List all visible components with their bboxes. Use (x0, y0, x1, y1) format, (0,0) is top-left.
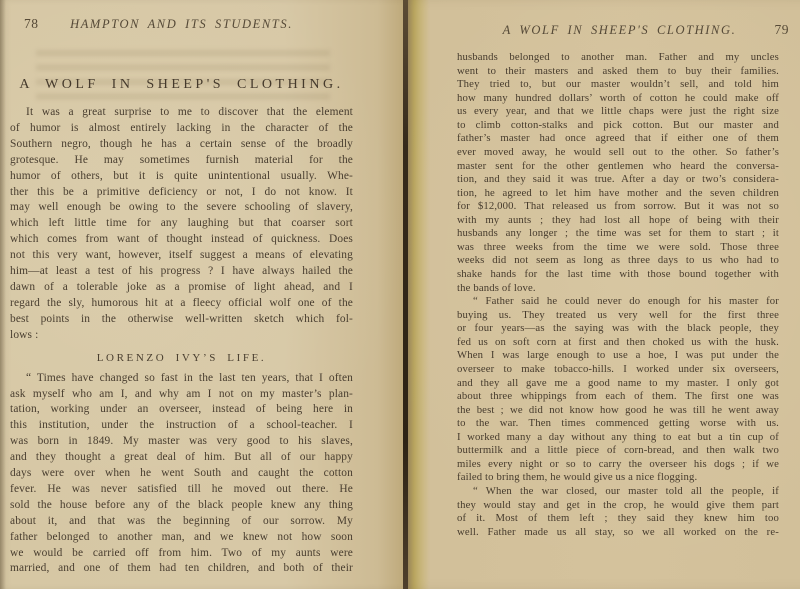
text-line: tation, working under an overseer, inste… (10, 402, 353, 418)
text-line: “ When the war closed, our master told a… (457, 485, 779, 499)
text-line: not this very want, however, itself sugg… (10, 248, 353, 264)
text-line: “ Father said he could never do enough f… (457, 295, 779, 309)
text-line: went to their masters and asked them to … (457, 65, 779, 79)
text-line: to the war. Then times commenced getting… (457, 417, 779, 431)
text-line: was three weeks from the time we were so… (457, 241, 779, 255)
book-gutter (403, 0, 408, 589)
text-line: fever. He was never satisfied till he mo… (10, 482, 353, 498)
text-line: shake hands for the last time with those… (457, 268, 779, 282)
page-left: 78 HAMPTON AND ITS STUDENTS. A WOLF IN S… (0, 0, 406, 589)
text-line: the best ; we did not know how good he w… (457, 404, 779, 418)
running-head-right: A WOLF IN SHEEP'S CLOTHING. (457, 23, 782, 38)
book-spread: 78 HAMPTON AND ITS STUDENTS. A WOLF IN S… (0, 0, 800, 589)
text-line: I worked many a day without any thing to… (457, 431, 779, 445)
section-heading: LORENZO IVY’S LIFE. (10, 352, 353, 364)
text-line: well. Father made us all stay, so we all… (457, 526, 779, 540)
text-line: about three whippings from each of them.… (457, 390, 779, 404)
text-line: him—at least a test of his progress ? I … (10, 264, 353, 280)
text-line: It was a great surprise to me to discove… (10, 105, 353, 121)
text-line: tion, he agreed to let him have mother a… (457, 187, 779, 201)
text-line: may well enough be owing to the severe s… (10, 200, 353, 216)
text-line: ever moved away, he would sell out to th… (457, 146, 779, 160)
text-line: ask myself who am I, and why am I not on… (10, 387, 353, 403)
chapter-title: A WOLF IN SHEEP'S CLOTHING. (10, 77, 353, 93)
running-head-left: HAMPTON AND ITS STUDENTS. (10, 17, 353, 32)
text-line: husbands any longer ; the time was set f… (457, 227, 779, 241)
text-line: how many hundred dollars’ worth of cotto… (457, 92, 779, 106)
text-line: to climb cotton-stalks and pick cotton. … (457, 119, 779, 133)
text-line: married, and one of them had ten childre… (10, 561, 353, 577)
text-line: humor of others, but it is quite uninten… (10, 169, 353, 185)
text-line: dawn of a tolerable joke as a promise of… (10, 280, 353, 296)
text-line: tion, and they said it was true. After a… (457, 173, 779, 187)
show-through-text (36, 50, 330, 102)
text-line: the bands of love. (457, 282, 779, 296)
paragraph: It was a great surprise to me to discove… (10, 105, 353, 344)
paragraph: “ Father said he could never do enough f… (457, 295, 779, 485)
page-right: A WOLF IN SHEEP'S CLOTHING. 79 husbands … (406, 0, 800, 589)
text-line: master sent for the other gentlemen who … (457, 160, 779, 174)
text-line: and they all gave me a good name to my m… (457, 377, 779, 391)
text-line: overseer to make tobacco-hills. I worked… (457, 363, 779, 377)
text-line: which left little time for any laughing … (10, 216, 353, 232)
page-number-right: 79 (775, 22, 790, 38)
text-line: this institution, under the instruction … (10, 418, 353, 434)
text-line: which comes from want of thought instead… (10, 232, 353, 248)
text-line: miles every night or so to carry the ove… (457, 458, 779, 472)
text-line: Southern negro, though he has a certain … (10, 137, 353, 153)
text-line: When I was large enough to use a hoe, I … (457, 349, 779, 363)
text-line: lows : (10, 328, 353, 344)
paragraph: “ When the war closed, our master told a… (457, 485, 779, 539)
text-line: we would be carried off from him. Two of… (10, 546, 353, 562)
paragraph: “ Times have changed so fast in the last… (10, 371, 353, 578)
text-line: they would stay and get in the crop, he … (457, 499, 779, 513)
text-line: for $12,000. That released us from sorro… (457, 200, 779, 214)
text-line: of it. Most of them left ; they said the… (457, 512, 779, 526)
text-line: buying us. They treated us very well for… (457, 309, 779, 323)
text-line: ther this be a primitive deficiency or n… (10, 185, 353, 201)
text-line: us every year, and that we little chaps … (457, 105, 779, 119)
text-line: grotesque. He may sometimes furnish mate… (10, 153, 353, 169)
text-line: with my aunts ; they had lost all hope o… (457, 214, 779, 228)
text-line: father’s master had once agreed that if … (457, 132, 779, 146)
text-line: “ Times have changed so fast in the last… (10, 371, 353, 387)
text-line: failed to bring them, he would give us a… (457, 471, 779, 485)
text-line: regard the sly, humorous hit at a fleecy… (10, 296, 353, 312)
page-edge-shadow (0, 0, 6, 589)
text-line: of humor is almost entirely lacking in t… (10, 121, 353, 137)
text-line: about it, and that was the beginning of … (10, 514, 353, 530)
text-line: days were over when he went South and ca… (10, 466, 353, 482)
page-left-text: It was a great surprise to me to discove… (10, 105, 353, 577)
text-line: or four years—as the saying was with the… (457, 322, 779, 336)
page-right-text: husbands belonged to another man. Father… (457, 51, 779, 539)
text-line: and they thought a great deal of him. Bu… (10, 450, 353, 466)
text-line: buttermilk and a little piece of corn-br… (457, 444, 779, 458)
text-line: best points in the otherwise well-writte… (10, 312, 353, 328)
text-line: fed us on soft corn at first and then ch… (457, 336, 779, 350)
text-line: husbands belonged to another man. Father… (457, 51, 779, 65)
text-line: was born in 1849. My master was very goo… (10, 434, 353, 450)
text-line: weeks did not seem as long as three days… (457, 254, 779, 268)
text-line: They tried to, but our master wouldn’t s… (457, 78, 779, 92)
text-line: father belonged to another man, and we k… (10, 530, 353, 546)
text-line: sold the house before any of the black p… (10, 498, 353, 514)
paragraph: husbands belonged to another man. Father… (457, 51, 779, 295)
